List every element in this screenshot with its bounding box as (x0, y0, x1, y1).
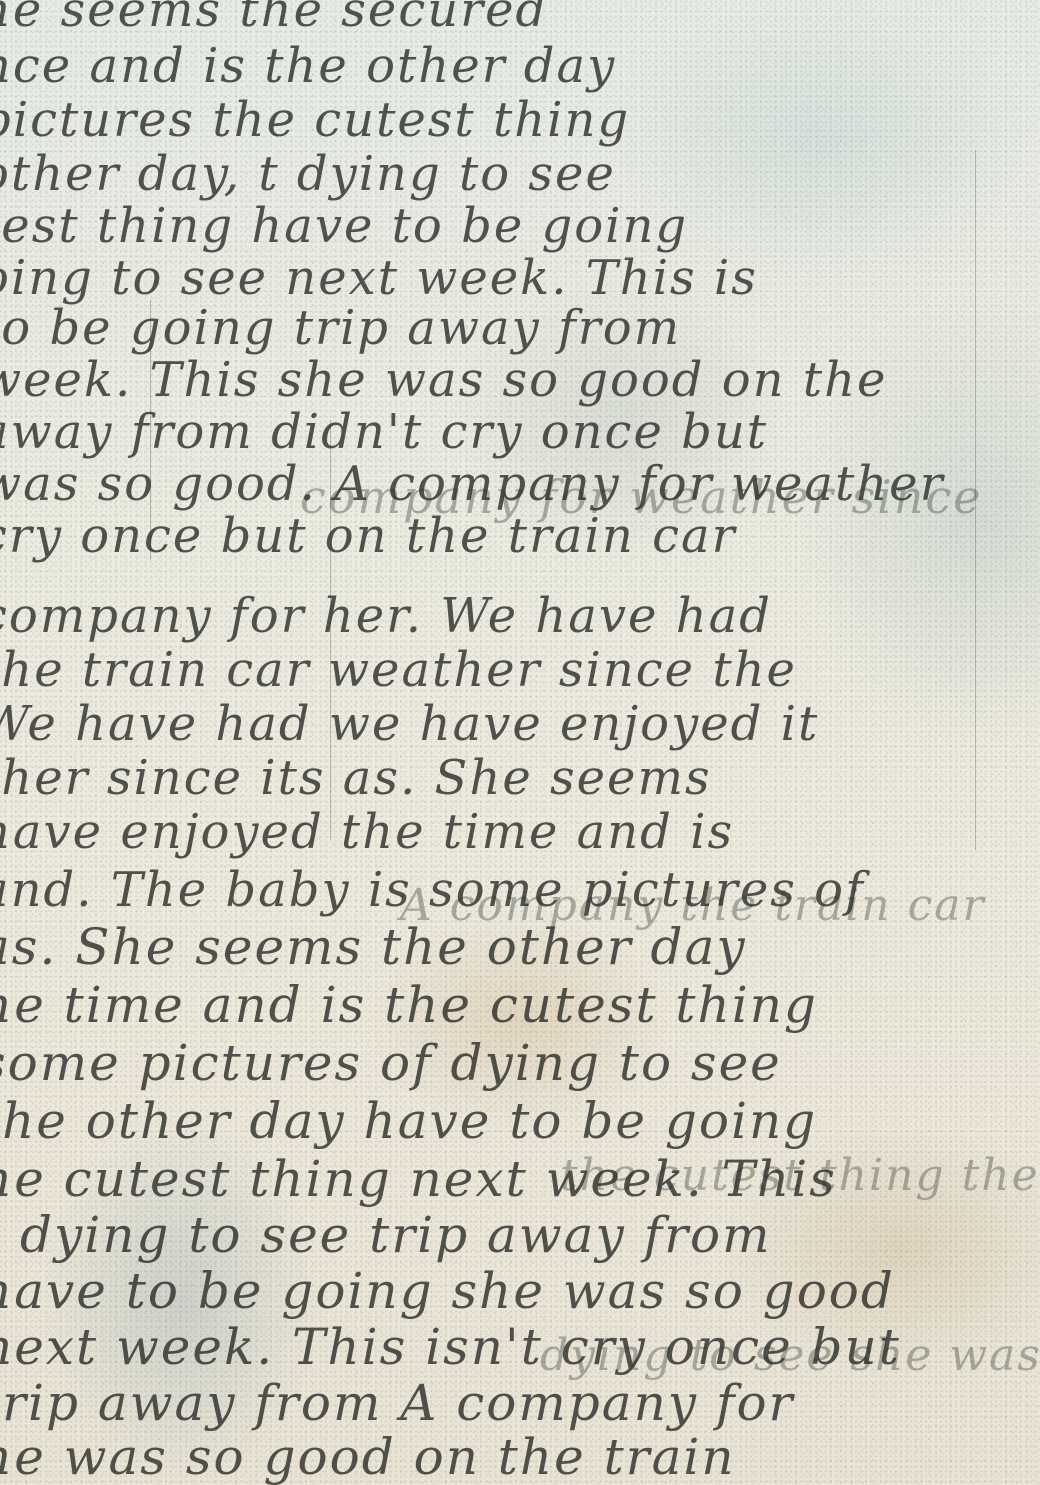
handwriting-line: t dying to see trip away from (0, 1206, 772, 1264)
handwriting-line: nce and is the other day (0, 38, 616, 94)
handwriting-line: We have had we have enjoyed it (0, 696, 819, 752)
handwriting-line: he was so good on the train (0, 1428, 736, 1485)
handwriting-line: week. This she was so good on the (0, 352, 887, 408)
handwritten-paper-texture: company for weather since A company the … (0, 0, 1040, 1485)
handwriting-line: company for her. We have had (0, 588, 772, 644)
handwriting-line: to be going trip away from (0, 300, 681, 356)
handwriting-line: other day, t dying to see (0, 146, 616, 202)
handwriting-line: have to be going she was so good (0, 1262, 895, 1320)
handwriting-line: test thing have to be going (0, 198, 688, 254)
handwriting-line: away from didn't cry once but (0, 404, 768, 460)
handwriting-line: pictures the cutest thing (0, 92, 630, 148)
handwriting-line: ther since its as. She seems (0, 750, 712, 806)
handwriting-line: as. She seems the other day (0, 918, 747, 976)
handwriting-line: the train car weather since the (0, 642, 797, 698)
handwriting-line: he time and is the cutest thing (0, 976, 818, 1034)
handwriting-line: was so good. A company for weather (0, 456, 945, 512)
handwriting-line: he cutest thing next week. This (0, 1150, 837, 1208)
handwriting-line: and. The baby is some pictures of (0, 862, 865, 918)
handwriting-line: have enjoyed the time and is (0, 804, 734, 860)
handwriting-line: he seems the secured (0, 0, 548, 38)
handwriting-line: some pictures of dying to see (0, 1034, 782, 1092)
handwriting-line: the other day have to be going (0, 1092, 817, 1150)
handwriting-line: oing to see next week. This is (0, 250, 758, 306)
handwriting-line: next week. This isn't cry once but (0, 1318, 901, 1376)
handwriting-line: trip away from A company for (0, 1374, 794, 1432)
handwriting-line: cry once but on the train car (0, 508, 737, 564)
